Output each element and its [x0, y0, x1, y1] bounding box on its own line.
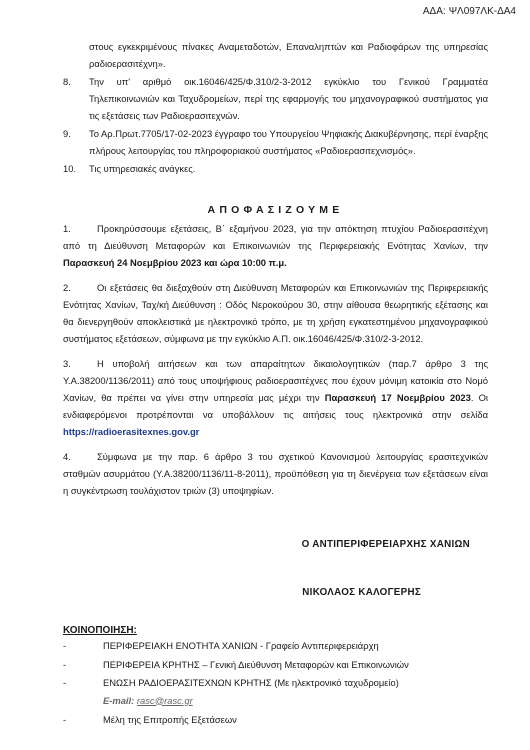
decision-3: 3.Η υποβολή αιτήσεων και των απαραίτητων… — [63, 355, 488, 440]
notification-item: - ΕΝΩΣΗ ΡΑΔΙΟΕΡΑΣΙΤΕΧΝΩΝ ΚΡΗΤΗΣ (Με ηλεκ… — [63, 674, 488, 692]
signatory-title: Ο ΑΝΤΙΠΕΡΙΦΕΡΕΙΑΡΧΗΣ ΧΑΝΙΩΝ — [63, 539, 488, 550]
ada-code: ΨΛ097ΛΚ-ΔΑ4 — [449, 6, 516, 17]
exam-date: Παρασκευή 24 Νοεμβρίου 2023 και ώρα 10:0… — [63, 257, 287, 268]
notification-heading: ΚΟΙΝΟΠΟΙΗΣΗ: — [63, 625, 488, 636]
document-page: στους εγκεκριμένους πίνακες Αναμεταδοτών… — [63, 38, 488, 728]
signatory-name: ΝΙΚΟΛΑΟΣ ΚΑΛΟΓΕΡΗΣ — [63, 587, 488, 598]
email-label: E-mail: — [103, 695, 134, 706]
decision-title: ΑΠΟΦΑΣΙΖΟΥΜΕ — [63, 202, 488, 219]
notification-item: - ΠΕΡΙΦΕΡΕΙΑΚΗ ΕΝΟΤΗΤΑ ΧΑΝΙΩΝ - Γραφείο … — [63, 637, 488, 655]
preamble-item-10: 10. Τις υπηρεσιακές ανάγκες. — [63, 160, 488, 177]
ada-header: ΑΔΑ:ΨΛ097ΛΚ-ΔΑ4 — [423, 6, 516, 17]
email-link[interactable]: rasc@rasc.gr — [137, 695, 193, 706]
preamble-continuation: στους εγκεκριμένους πίνακες Αναμεταδοτών… — [63, 38, 488, 72]
email-line: E-mail: rasc@rasc.gr — [63, 692, 488, 710]
decision-4: 4.Σύμφωνα με την παρ. 6 άρθρο 3 του σχετ… — [63, 448, 488, 499]
notification-item: - ΠΕΡΙΦΕΡΕΙΑ ΚΡΗΤΗΣ – Γενική Διεύθυνση Μ… — [63, 656, 488, 674]
application-link[interactable]: https://radioerasitexnes.gov.gr — [63, 426, 199, 437]
deadline-date: Παρασκευή 17 Νοεμβρίου 2023 — [325, 392, 471, 403]
decision-2: 2.Οι εξετάσεις θα διεξαχθούν στη Διεύθυν… — [63, 279, 488, 347]
preamble-item-8: 8. Την υπ' αριθμό οικ.16046/425/Φ.310/2-… — [63, 73, 488, 124]
decision-1: 1.Προκηρύσσουμε εξετάσεις, Β΄ εξαμήνου 2… — [63, 220, 488, 271]
notification-item: - Μέλη της Επιτροπής Εξετάσεων — [63, 711, 488, 729]
ada-label: ΑΔΑ: — [423, 6, 446, 17]
preamble-item-9: 9. Το Αρ.Πρωτ.7705/17-02-2023 έγγραφο το… — [63, 125, 488, 159]
